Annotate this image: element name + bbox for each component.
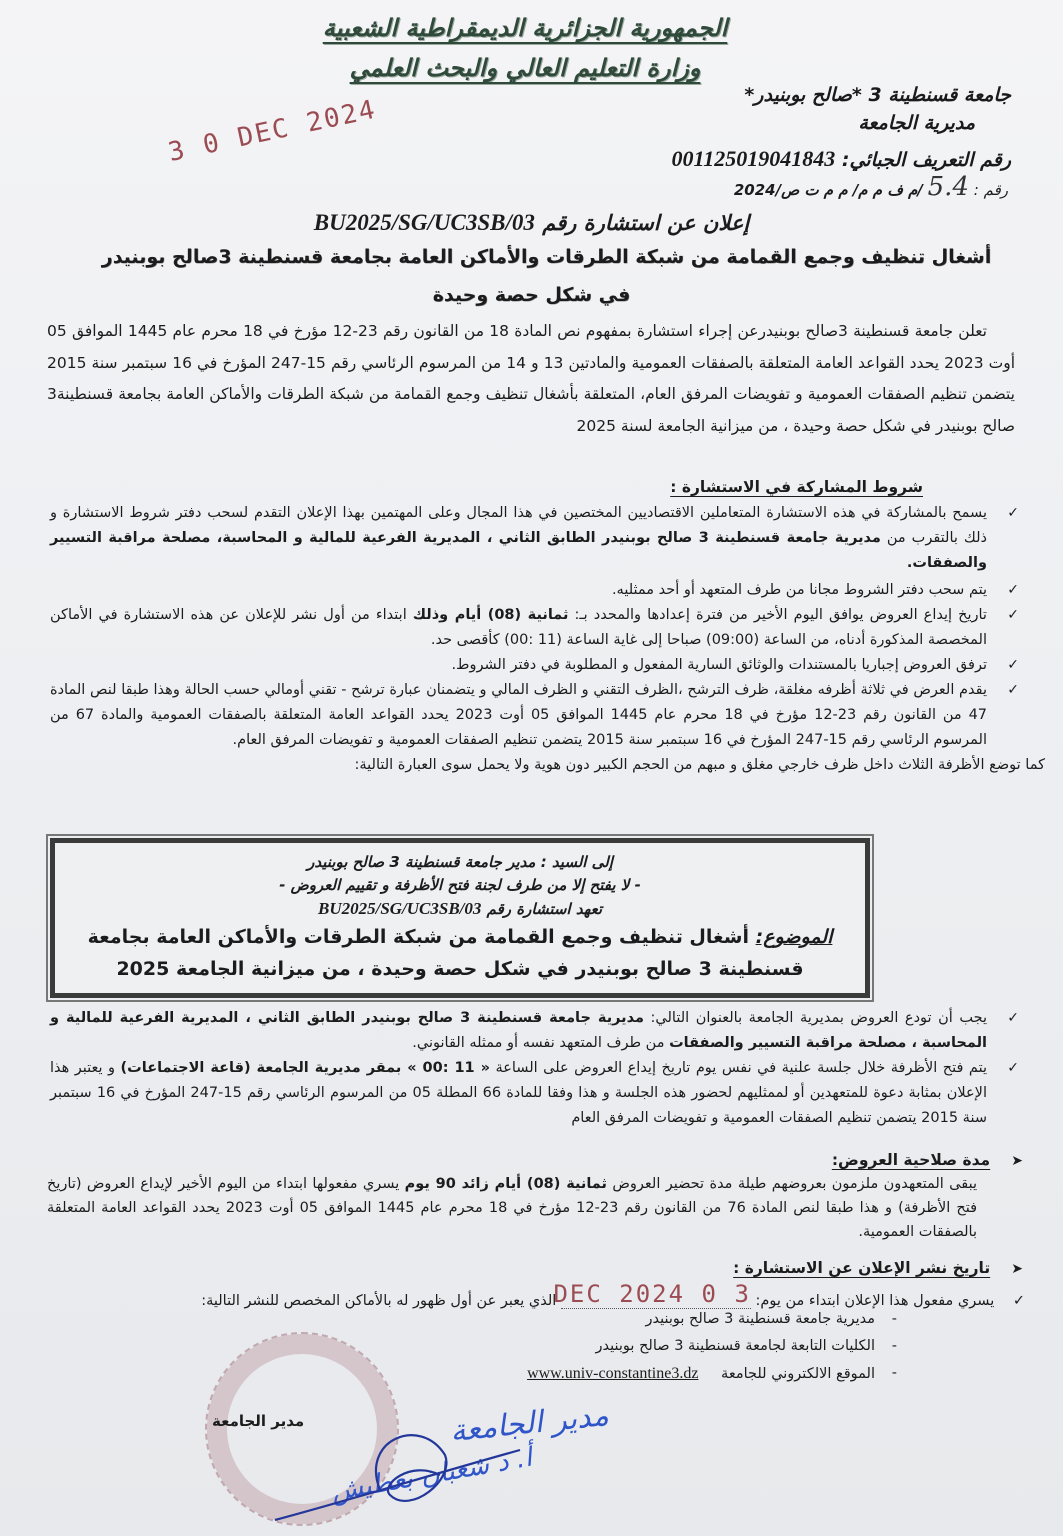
envelope-label-box: إلى السيد : مدير جامعة قسنطينة 3 صالح بو… bbox=[50, 838, 870, 998]
consultation-number: BU2025/SG/UC3SB/03 bbox=[314, 210, 535, 235]
arrow-bullet-icon: ➤ bbox=[1011, 1261, 1023, 1277]
validity-heading: مدة صلاحية العروض: bbox=[832, 1151, 990, 1169]
document-page: الجمهورية الجزائرية الديمقراطية الشعبية … bbox=[0, 0, 1063, 1536]
publication-heading: تاريخ نشر الإعلان عن الاستشارة : bbox=[733, 1259, 990, 1277]
deposit-item: ✓ يتم فتح الأظرفة خلال جلسة علنية في نفس… bbox=[50, 1056, 1025, 1131]
tax-id-label: رقم التعريف الجبائي: bbox=[842, 149, 1011, 171]
tax-id-line: رقم التعريف الجبائي: 001125019041843 bbox=[671, 146, 1011, 172]
check-icon: ✓ bbox=[1007, 1006, 1019, 1031]
deposit-item: ✓ يجب أن تودع العروض بمديرية الجامعة بال… bbox=[50, 1006, 1025, 1056]
received-date-stamp: 3 0 DEC 2024 bbox=[166, 95, 379, 168]
participation-item: ✓ تاريخ إيداع العروض يوافق اليوم الأخير … bbox=[50, 603, 1025, 653]
participation-item: ✓ يسمح بالمشاركة في هذه الاستشارة المتعا… bbox=[50, 501, 1025, 576]
validity-paragraph: يبقى المتعهدون ملزمون بعروضهم طيلة مدة ت… bbox=[47, 1172, 977, 1244]
publication-heading-row: ➤ تاريخ نشر الإعلان عن الاستشارة : bbox=[733, 1258, 1023, 1277]
university-name: جامعة قسنطينة 3 *صالح بوبنيدر* bbox=[744, 84, 1011, 106]
publication-line: ✓ يسري مفعول هذا الإعلان ابتداء من يوم: … bbox=[201, 1280, 1025, 1309]
university-website-link[interactable]: www.univ-constantine3.dz bbox=[527, 1365, 698, 1382]
consultation-title: إعلان عن استشارة رقم BU2025/SG/UC3SB/03 bbox=[0, 210, 1063, 236]
validity-heading-row: ➤ مدة صلاحية العروض: bbox=[832, 1150, 1023, 1169]
participation-heading: شروط المشاركة في الاستشارة : bbox=[670, 478, 923, 496]
check-icon: ✓ bbox=[1007, 578, 1019, 603]
participation-item: ✓ ترفق العروض إجباريا بالمستندات والوثائ… bbox=[50, 653, 1025, 678]
reference-line: رقم : 5.4 /م ف م م/ م م ت ص/2024 bbox=[734, 172, 1008, 202]
reference-label: رقم : bbox=[974, 181, 1008, 199]
publication-date-field: 3 0 DEC 2024 bbox=[561, 1280, 751, 1309]
participation-item: ✓ يقدم العرض في ثلاثة أظرفه مغلقة، ظرف ا… bbox=[50, 678, 1025, 753]
publication-place: الكليات التابعة لجامعة قسنطينة 3 صالح بو… bbox=[527, 1333, 903, 1360]
subject-text: أشغال تنظيف وجمع القمامة من شبكة الطرقات… bbox=[88, 926, 804, 980]
consultation-title-label: إعلان عن استشارة رقم bbox=[542, 211, 749, 235]
publication-date-stamp: 3 0 DEC 2024 bbox=[553, 1280, 750, 1308]
check-icon: ✓ bbox=[1007, 653, 1019, 678]
subject-label: الموضوع: bbox=[756, 926, 833, 948]
reference-suffix: /م ف م م/ م م ت ص/2024 bbox=[734, 181, 923, 199]
handwritten-signature-icon bbox=[270, 1420, 530, 1530]
intro-paragraph: تعلن جامعة قسنطينة 3صالح بوبنيدرعن إجراء… bbox=[47, 316, 1015, 442]
project-title: أشغال تنظيف وجمع القمامة من شبكة الطرقات… bbox=[0, 246, 1063, 268]
republic-heading: الجمهورية الجزائرية الديمقراطية الشعبية bbox=[265, 14, 785, 42]
envelope-addressee: إلى السيد : مدير جامعة قسنطينة 3 صالح بو… bbox=[75, 851, 845, 874]
envelope-subject: الموضوع: أشغال تنظيف وجمع القمامة من شبك… bbox=[75, 921, 845, 985]
arrow-bullet-icon: ➤ bbox=[1011, 1153, 1023, 1169]
tax-id-value: 001125019041843 bbox=[671, 146, 835, 171]
check-icon: ✓ bbox=[1007, 501, 1019, 526]
check-icon: ✓ bbox=[1013, 1293, 1025, 1309]
envelope-commitment: تعهد استشارة رقم BU2025/SG/UC3SB/03 bbox=[75, 897, 845, 921]
publication-place: مديرية جامعة قسنطينة 3 صالح بوبنيدر bbox=[527, 1306, 903, 1333]
project-lot: في شكل حصة وحيدة bbox=[0, 284, 1063, 306]
check-icon: ✓ bbox=[1007, 678, 1019, 703]
participation-item: ✓ يتم سحب دفتر الشروط مجانا من طرف المتع… bbox=[50, 578, 1025, 603]
participation-list: ✓ يسمح بالمشاركة في هذه الاستشارة المتعا… bbox=[50, 501, 1025, 778]
publication-places: مديرية جامعة قسنطينة 3 صالح بوبنيدر الكل… bbox=[527, 1306, 903, 1388]
ministry-heading: وزارة التعليم العالي والبحث العلمي bbox=[295, 54, 755, 82]
check-icon: ✓ bbox=[1007, 603, 1019, 628]
deposit-list: ✓ يجب أن تودع العروض بمديرية الجامعة بال… bbox=[50, 1006, 1025, 1131]
reference-handwritten-number: 5.4 bbox=[928, 172, 969, 202]
publication-place: الموقع الالكتروني للجامعة www.univ-const… bbox=[527, 1360, 903, 1388]
directorate-name: مديرية الجامعة bbox=[858, 112, 975, 134]
envelope-do-not-open: - لا يفتح إلا من طرف لجنة فتح الأظرفة و … bbox=[75, 874, 845, 897]
check-icon: ✓ bbox=[1007, 1056, 1019, 1081]
envelope-note: كما توضع الأظرفة الثلاث داخل ظرف خارجي م… bbox=[50, 753, 1045, 778]
